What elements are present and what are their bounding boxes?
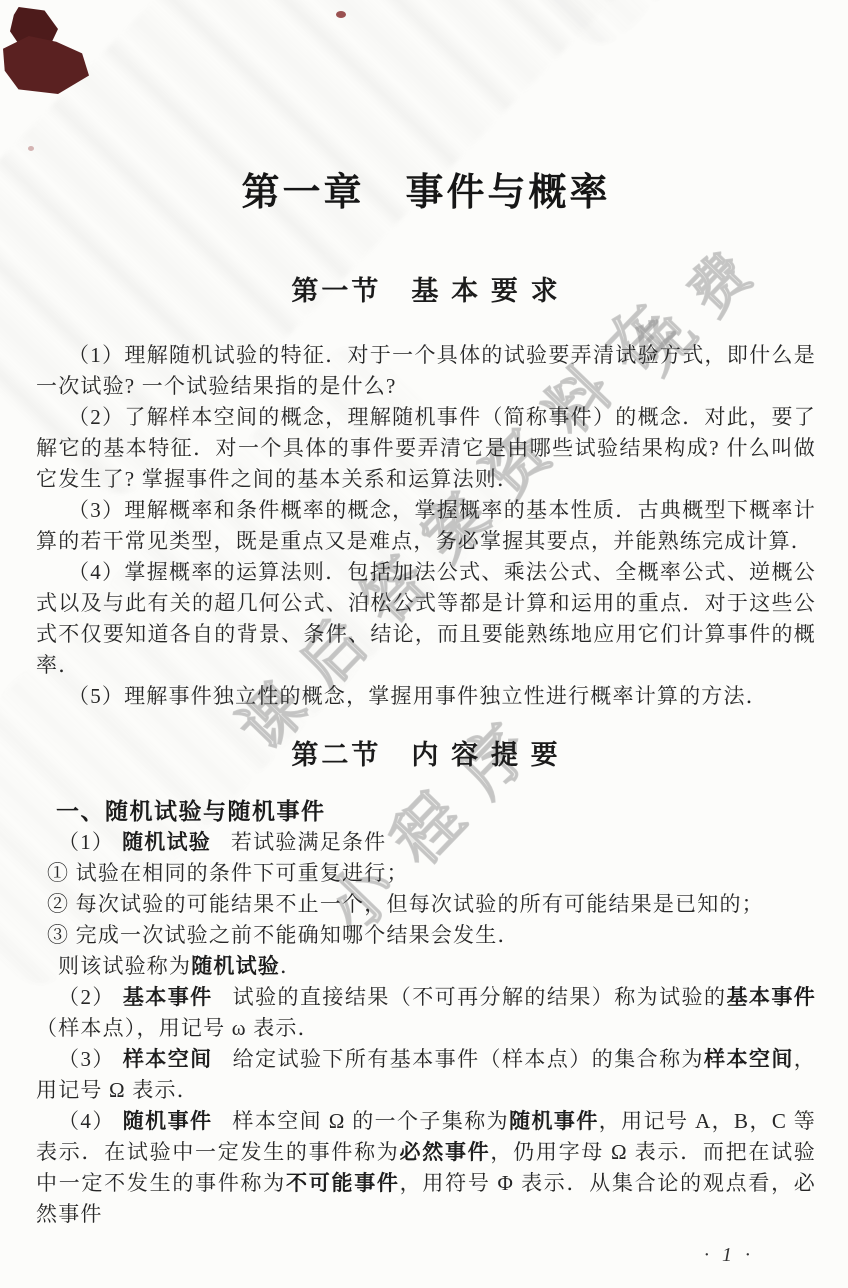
- term-item-random-event: （4）随机事件样本空间 Ω 的一个子集称为随机事件，用记号 A，B，C 等表示．…: [36, 1106, 816, 1230]
- ink-speck: [336, 11, 346, 18]
- term-text: 样本空间 Ω 的一个子集称为: [232, 1109, 509, 1133]
- section1-heading: 第一节 基 本 要 求: [36, 274, 816, 308]
- ink-speck: [28, 146, 34, 151]
- requirement-item-2: （2）了解样本空间的概念，理解随机事件（简称事件）的概念．对此，要了解它的基本特…: [36, 402, 816, 495]
- conclusion-post: ．: [280, 954, 302, 978]
- conclusion-line: 则该试验称为随机试验．: [36, 951, 816, 982]
- conclusion-term: 随机试验: [191, 955, 280, 978]
- term-bold: 不可能事件: [286, 1172, 400, 1195]
- requirement-item-4: （4）掌握概率的运算法则．包括加法公式、乘法公式、全概率公式、逆概公式以及与此有…: [36, 557, 816, 681]
- term-text: 给定试验下所有基本事件（样本点）的集合称为: [233, 1047, 704, 1071]
- condition-item-2: ② 每次试验的可能结果不止一个，但每次试验的所有可能结果是已知的；: [36, 889, 816, 920]
- requirement-item-3: （3）理解概率和条件概率的概念，掌握概率的基本性质．古典概型下概率计算的若干常见…: [36, 495, 816, 557]
- page-number: · 1 ·: [36, 1242, 816, 1268]
- term-item-random-experiment: （1）随机试验若试验满足条件: [36, 827, 816, 858]
- term-label: 随机试验: [122, 831, 211, 854]
- term-bold: 随机事件: [509, 1110, 599, 1133]
- conclusion-pre: 则该试验称为: [58, 954, 191, 978]
- term-bold: 样本空间: [704, 1048, 794, 1071]
- item-number: （2）: [58, 985, 115, 1009]
- term-bold: 基本事件: [726, 986, 816, 1009]
- chapter-title: 第一章 事件与概率: [36, 172, 816, 214]
- term-label: 样本空间: [123, 1048, 213, 1071]
- requirement-item-5: （5）理解事件独立性的概念，掌握用事件独立性进行概率计算的方法．: [36, 681, 816, 712]
- term-text: 若试验满足条件: [231, 830, 386, 854]
- term-text: 试验的直接结果（不可再分解的结果）称为试验的: [233, 985, 727, 1009]
- item-number: （4）: [58, 1109, 115, 1133]
- term-bold: 必然事件: [400, 1141, 491, 1164]
- term-item-sample-space: （3）样本空间给定试验下所有基本事件（样本点）的集合称为样本空间，用记号 Ω 表…: [36, 1044, 816, 1106]
- condition-item-1: ① 试验在相同的条件下可重复进行；: [36, 858, 816, 889]
- item-number: （1）: [58, 830, 114, 854]
- term-text: （样本点），用记号 ω 表示．: [36, 1016, 320, 1040]
- requirement-item-1: （1）理解随机试验的特征．对于一个具体的试验要弄清试验方式，即什么是一次试验? …: [36, 340, 816, 402]
- term-item-basic-event: （2）基本事件试验的直接结果（不可再分解的结果）称为试验的基本事件（样本点），用…: [36, 982, 816, 1044]
- term-label: 随机事件: [123, 1110, 213, 1133]
- condition-item-3: ③ 完成一次试验之前不能确知哪个结果会发生．: [36, 920, 816, 951]
- section2-heading: 第二节 内 容 提 要: [36, 738, 816, 772]
- subsection-heading: 一、随机试验与随机事件: [36, 796, 816, 827]
- scanned-book-page: 课后答案资料在 小程序 免费 第一章 事件与概率 第一节 基 本 要 求 （1）…: [0, 0, 848, 1288]
- page-content: 第一章 事件与概率 第一节 基 本 要 求 （1）理解随机试验的特征．对于一个具…: [36, 0, 816, 1268]
- item-number: （3）: [58, 1047, 115, 1071]
- term-label: 基本事件: [123, 986, 213, 1009]
